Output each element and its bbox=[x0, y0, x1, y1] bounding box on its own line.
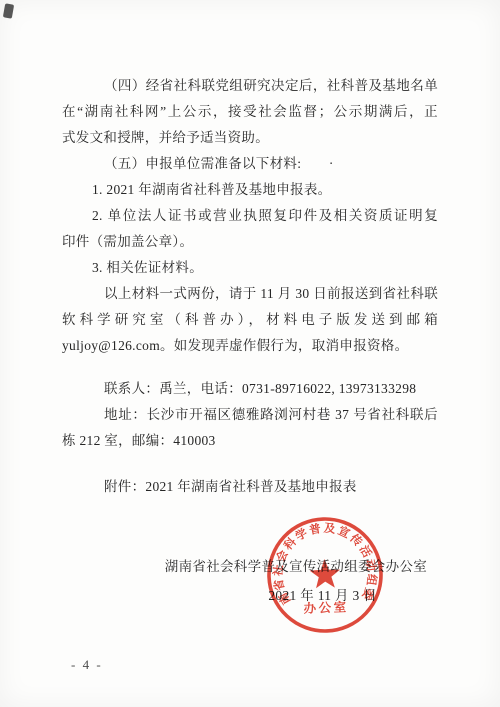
attachment-line: 附件：2021 年湖南省社科普及基地申报表 bbox=[62, 474, 438, 500]
address-line: 栋 212 室，邮编：410003 bbox=[62, 428, 438, 454]
official-seal: 湖南省社会科学普及宣传活动组委会 办公室 bbox=[261, 511, 389, 639]
star-icon bbox=[309, 558, 340, 588]
address-line: 地址：长沙市开福区德雅路浏河村巷 37 号省社科联后 bbox=[62, 402, 438, 428]
seal-arc-text: 湖南省社会科学普及宣传活动组委会 bbox=[261, 511, 381, 608]
text-line: 式发文和授牌，并给予适当资助。 bbox=[62, 125, 438, 151]
text-line: 印件（需加盖公章）。 bbox=[62, 229, 438, 255]
text-line: 软科学研究室（科普办），材料电子版发送到邮箱 bbox=[62, 307, 438, 333]
scan-artifact bbox=[3, 3, 14, 18]
list-item: 2. 单位法人证书或营业执照复印件及相关资质证明复 bbox=[62, 203, 438, 229]
seal-bottom-text: 办公室 bbox=[303, 599, 349, 616]
text-line: （五）申报单位需准备以下材料: · bbox=[62, 151, 438, 177]
text-line: 在“湖南社科网”上公示，接受社会监督；公示期满后，正 bbox=[62, 99, 438, 125]
list-item: 1. 2021 年湖南省社科普及基地申报表。 bbox=[62, 177, 438, 203]
page-number: - 4 - bbox=[71, 657, 103, 673]
document-page: （四）经省社科联党组研究决定后，社科普及基地名单 在“湖南社科网”上公示，接受社… bbox=[0, 0, 500, 707]
email-line: yuljoy@126.com。如发现弄虚作假行为，取消申报资格。 bbox=[62, 333, 438, 359]
contact-line: 联系人：禹兰，电话：0731-89716022, 13973133298 bbox=[62, 376, 438, 402]
text-line: （四）经省社科联党组研究决定后，社科普及基地名单 bbox=[62, 73, 438, 99]
text-line: 以上材料一式两份，请于 11 月 30 日前报送到省社科联 bbox=[62, 281, 438, 307]
list-item: 3. 相关佐证材料。 bbox=[62, 255, 438, 281]
